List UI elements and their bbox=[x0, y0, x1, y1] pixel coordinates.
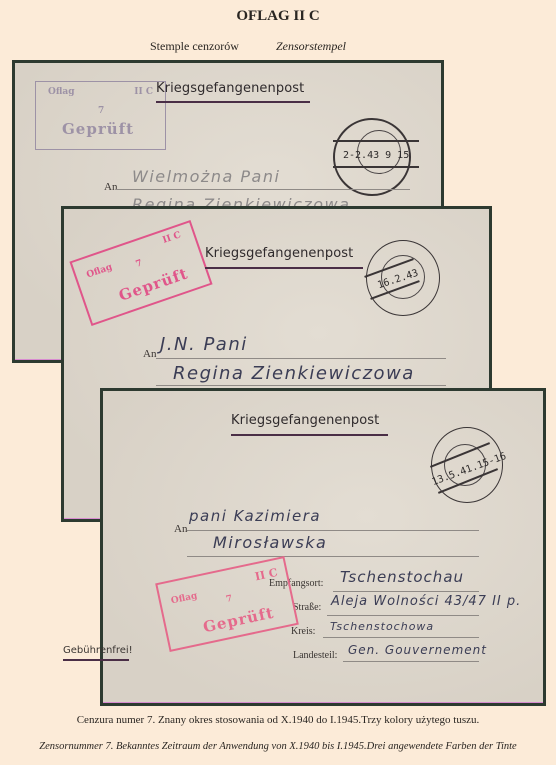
envelope-header: Kriegsgefangenenpost bbox=[205, 246, 353, 261]
address-line-1: pani Kazimiera bbox=[189, 507, 321, 525]
censor-text: Geprüft bbox=[201, 604, 275, 637]
address-rule bbox=[333, 591, 479, 592]
censor-camp: Oflag bbox=[85, 262, 113, 280]
header-underline bbox=[156, 101, 310, 103]
address-line-1: Wielmożna Pani bbox=[132, 167, 280, 186]
empfangsort-value: Tschenstochau bbox=[340, 568, 464, 586]
censor-camp: Oflag bbox=[48, 87, 75, 97]
postmark: 13.5.41.15-16 bbox=[431, 427, 503, 503]
address-line-1: J.N. Pani bbox=[160, 334, 248, 355]
kreis-label: Kreis: bbox=[291, 626, 315, 637]
address-rule bbox=[323, 637, 479, 638]
address-label: An bbox=[104, 181, 117, 193]
censor-number-label: II C bbox=[134, 87, 153, 97]
envelope-header: Kriegsgefangenenpost bbox=[231, 413, 379, 428]
address-rule bbox=[116, 189, 410, 190]
landesteil-label: Landesteil: bbox=[293, 650, 337, 661]
subtitle-german: Zensorstempel bbox=[276, 39, 346, 54]
postmark: 16.2.43 bbox=[366, 240, 440, 316]
page-title: OFLAG II C bbox=[0, 8, 556, 25]
address-rule bbox=[343, 661, 479, 662]
address-rule bbox=[187, 530, 479, 531]
strasse-value: Aleja Wolności 43/47 II p. bbox=[331, 594, 521, 609]
address-rule bbox=[187, 556, 479, 557]
header-underline bbox=[231, 434, 388, 436]
censor-text: Geprüft bbox=[116, 264, 190, 304]
censor-number-label: II C bbox=[254, 566, 279, 583]
censor-number: 7 bbox=[135, 258, 144, 269]
censor-number: 7 bbox=[225, 594, 233, 605]
censor-number: 7 bbox=[98, 106, 104, 116]
postmark-bar bbox=[333, 140, 419, 142]
landesteil-value: Gen. Gouvernement bbox=[348, 643, 487, 657]
address-line-2: Regina Zienkiewiczowa bbox=[173, 363, 415, 384]
censor-stamp: Oflag II C 7 Geprüft bbox=[35, 81, 166, 150]
address-label: An bbox=[174, 523, 187, 535]
envelope-header: Kriegsgefangenenpost bbox=[156, 81, 304, 96]
gebuehrenfrei-underline bbox=[63, 659, 129, 661]
gebuehrenfrei-label: Gebührenfrei! bbox=[63, 645, 133, 656]
censor-stamp: Oflag II C 7 Geprüft bbox=[155, 556, 299, 652]
censor-number-label: II C bbox=[161, 230, 182, 246]
subtitle-polish: Stemple cenzorów bbox=[150, 39, 239, 54]
censor-stamp: Oflag II C 7 Geprüft bbox=[69, 220, 212, 326]
caption-polish: Cenzura numer 7. Znany okres stosowania … bbox=[0, 714, 556, 726]
postmark: 2-2.43 9 15 bbox=[333, 118, 411, 196]
address-line-2: Mirosławska bbox=[213, 533, 327, 552]
kreis-value: Tschenstochowa bbox=[330, 620, 434, 633]
header-underline bbox=[205, 267, 363, 269]
censor-camp: Oflag bbox=[170, 591, 198, 606]
postmark-date: 2-2.43 9 15 bbox=[343, 150, 409, 161]
strasse-label: Straße: bbox=[293, 602, 321, 613]
caption-german: Zensornummer 7. Bekanntes Zeitraum der A… bbox=[0, 741, 556, 752]
envelope-3: Kriegsgefangenenpost 13.5.41.15-16 An pa… bbox=[100, 388, 546, 706]
postmark-bar bbox=[333, 166, 419, 168]
censor-text: Geprüft bbox=[62, 120, 134, 138]
address-rule bbox=[327, 615, 479, 616]
address-label: An bbox=[143, 348, 156, 360]
address-rule bbox=[156, 385, 446, 386]
address-rule bbox=[156, 358, 446, 359]
